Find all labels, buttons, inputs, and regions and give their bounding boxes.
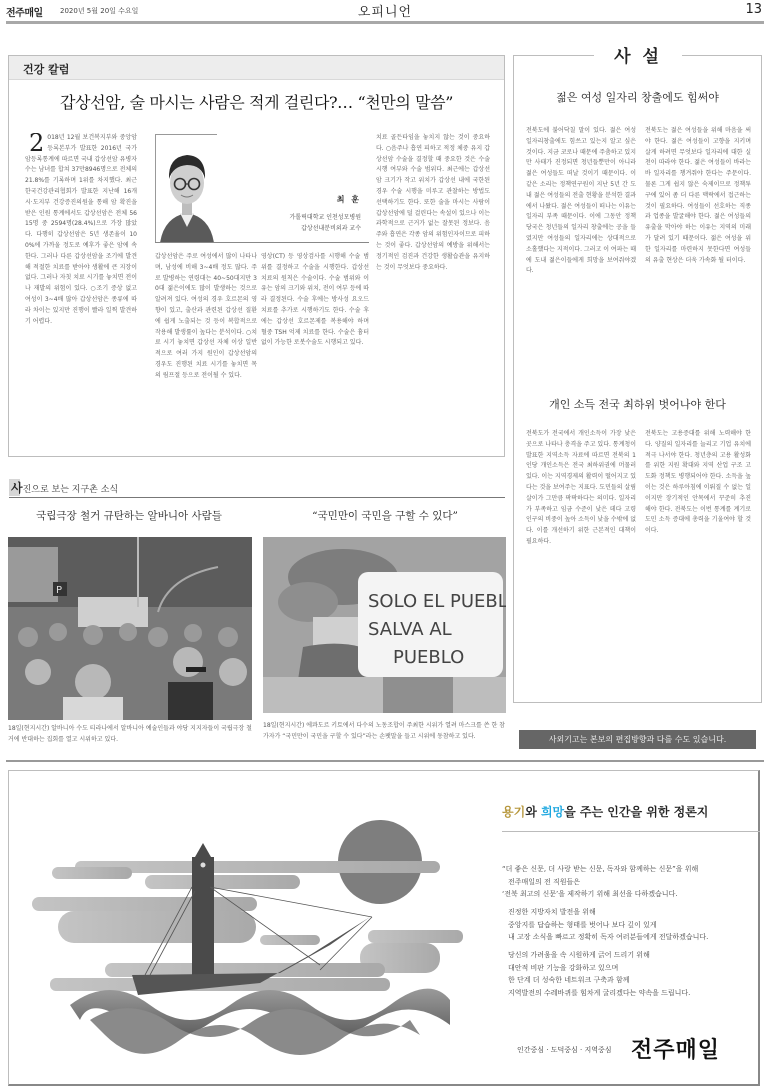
editorial-header: 사 설 xyxy=(594,42,682,67)
ad-line: 한 단계 더 성숙한 네트워크 구축과 함께 xyxy=(508,974,690,987)
ad-line: 내 고장 소식을 빠르고 정확히 독자 여러분들에게 전달하겠습니다. xyxy=(508,931,708,944)
drop-cap: 2 xyxy=(29,133,44,153)
photo-news-rule xyxy=(9,497,505,498)
health-column: 건강 칼럼 갑상선암, 술 마시는 사람은 적게 걸린다?… “천만의 말씀” … xyxy=(8,55,505,457)
column-body-3: 영상(CT) 등 영상검사를 시행해 수술 범위를 결정하고 수술을 시행한다.… xyxy=(261,252,369,452)
sign-line-3: PUEBLO xyxy=(393,647,464,668)
author-affiliation: 가톨릭대학교 인천성모병원 갑상선내분비외과 교수 xyxy=(229,212,361,234)
photo-news-header-initial: 사 xyxy=(11,481,23,495)
ad-line: 진정한 지방자치 발전을 위해 xyxy=(508,906,708,919)
author-affiliation-line-2: 갑상선내분비외과 교수 xyxy=(229,223,361,234)
sign-line-1: SOLO EL PUEBLO xyxy=(368,591,506,612)
page-number: 13 xyxy=(745,2,762,17)
ad-slogan: 용기와 희망을 주는 인간을 위한 정론지 xyxy=(502,803,708,820)
editorial-1-body-col-2: 전북도는 젊은 여성들을 위해 마음을 써야 한다. 젊은 여성들이 고향을 지… xyxy=(645,126,751,436)
author-photo xyxy=(155,134,217,242)
slogan-rule xyxy=(502,831,760,832)
column-body-1: 2018년 12월 보건복지부와 중앙암등록본부가 발표한 2016년 국가암등… xyxy=(25,133,137,451)
slogan-hope: 희망 xyxy=(541,805,564,819)
ad-tagline: 인간중심 · 도덕중심 · 지역중심 xyxy=(517,1045,612,1055)
sign-line-2: SALVA AL xyxy=(368,619,452,640)
slogan-courage: 용기 xyxy=(502,805,525,819)
author-portrait-icon xyxy=(156,135,217,242)
column-body-1-text: 018년 12월 보건복지부와 중앙암등록본부가 발표한 2016년 국가암등록… xyxy=(25,134,137,325)
editorial-2-body-col-1: 전북도가 전국에서 개인소득이 가장 낮은 곳으로 나타나 충격을 주고 있다.… xyxy=(526,429,636,697)
ecuador-protest-photo[interactable]: SOLO EL PUEBLO SALVA AL PUEBLO xyxy=(263,537,506,713)
section-title: 오피니언 xyxy=(0,1,770,20)
byline-divider xyxy=(155,242,369,243)
ad-line: 전주매일의 전 직원들은 xyxy=(508,876,698,889)
ad-line: 중앙지를 답습하는 형태를 벗어나 보다 깊이 있게 xyxy=(508,919,708,932)
ad-line: ‘전북 최고의 신문’을 제작하기 위해 최선을 다하겠습니다. xyxy=(502,888,698,901)
editorial-headline-2[interactable]: 개인 소득 전국 최하위 벗어나야 한다 xyxy=(514,396,761,412)
slogan-and: 와 xyxy=(525,805,541,819)
column-body-4: 치료 골든타임을 놓치지 않는 것이 중요하다. ○음주나 흡연 피하고 적정 … xyxy=(376,133,490,451)
ad-line: 지역발전의 수레바퀴를 힘차게 굴리겠다는 약속을 드립니다. xyxy=(508,987,690,1000)
column-kicker-label: 건강 칼럼 xyxy=(23,61,69,77)
ad-line: 대안적 비판 기능을 강화하고 있으며 xyxy=(508,962,690,975)
column-kicker: 건강 칼럼 xyxy=(9,56,504,80)
ad-line: “더 좋은 신문, 더 사랑 받는 신문, 독자와 함께하는 신문”을 위해 xyxy=(502,863,698,876)
editorial-2-body-col-2: 전북도는 고용증대를 위해 노력해야 한다. 양질의 일자리를 늘리고 기업 유… xyxy=(645,429,751,697)
photo-news-header: 사진으로 보는 지구촌 소식 xyxy=(11,479,118,496)
pen-ship-icon xyxy=(20,795,480,1055)
ad-paragraph-3: 당신의 가려움을 속 시원하게 긁어 드리기 위해 대안적 비판 기능을 강화하… xyxy=(508,949,690,999)
author-name: 최 훈 xyxy=(261,194,361,205)
crowd-photo-icon: P xyxy=(8,537,252,720)
masthead: 전주매일 2020년 5월 20일 수요일 오피니언 13 xyxy=(0,0,770,22)
editorial-disclaimer: 사외기고는 본보의 편집방향과 다를 수도 있습니다. xyxy=(519,730,756,749)
editorial-box: 사 설 젊은 여성 일자리 창출에도 힘써야 전북도에 불어닥칠 말이 있다. … xyxy=(513,55,762,703)
masthead-rule xyxy=(6,21,764,24)
photo-news-title-1[interactable]: 국립극장 철거 규탄하는 알바니아 사람들 xyxy=(0,508,258,523)
svg-text:P: P xyxy=(56,585,62,596)
column-headline[interactable]: 갑상선암, 술 마시는 사람은 적게 걸린다?… “천만의 말씀” xyxy=(9,90,504,113)
column-body-2: 갑상선암은 주로 여성에서 많이 나타나며, 남성에 비해 3~4배 정도 많다… xyxy=(155,252,257,452)
section-divider xyxy=(6,760,764,762)
sign-photo-icon: SOLO EL PUEBLO SALVA AL PUEBLO xyxy=(263,537,506,713)
editorial-headline-1[interactable]: 젊은 여성 일자리 창출에도 힘써야 xyxy=(514,89,761,105)
photo-news-caption-1: 18일(현지시간) 알바니아 수도 티라나에서 알바니아 예술인들과 야당 지지… xyxy=(8,723,254,745)
newspaper-logo: 전주매일 xyxy=(631,1033,720,1064)
editorial-1-body-col-1: 전북도에 불어닥칠 말이 있다. 젊은 여성 일자리창출에도 힘쓰고 있는지 알… xyxy=(526,126,636,436)
photo-news-header-text: 진으로 보는 지구촌 소식 xyxy=(23,485,119,495)
photo-news-title-2[interactable]: “국민만이 국민을 구할 수 있다” xyxy=(260,508,510,523)
ship-illustration xyxy=(20,795,480,1055)
slogan-rest: 을 주는 인간을 위한 정론지 xyxy=(564,805,708,819)
ad-line: 당신의 가려움을 속 시원하게 긁어 드리기 위해 xyxy=(508,949,690,962)
author-affiliation-line-1: 가톨릭대학교 인천성모병원 xyxy=(229,212,361,223)
ad-paragraph-2: 진정한 지방자치 발전을 위해 중앙지를 답습하는 형태를 벗어나 보다 깊이 … xyxy=(508,906,708,944)
photo-news-caption-2: 18일(현지시간) 에콰도르 키토에서 다수의 노동조합이 주최한 시위가 열려… xyxy=(263,720,506,742)
albania-protest-photo[interactable]: P xyxy=(8,537,252,720)
ad-paragraph-1: “더 좋은 신문, 더 사랑 받는 신문, 독자와 함께하는 신문”을 위해 전… xyxy=(508,863,698,901)
